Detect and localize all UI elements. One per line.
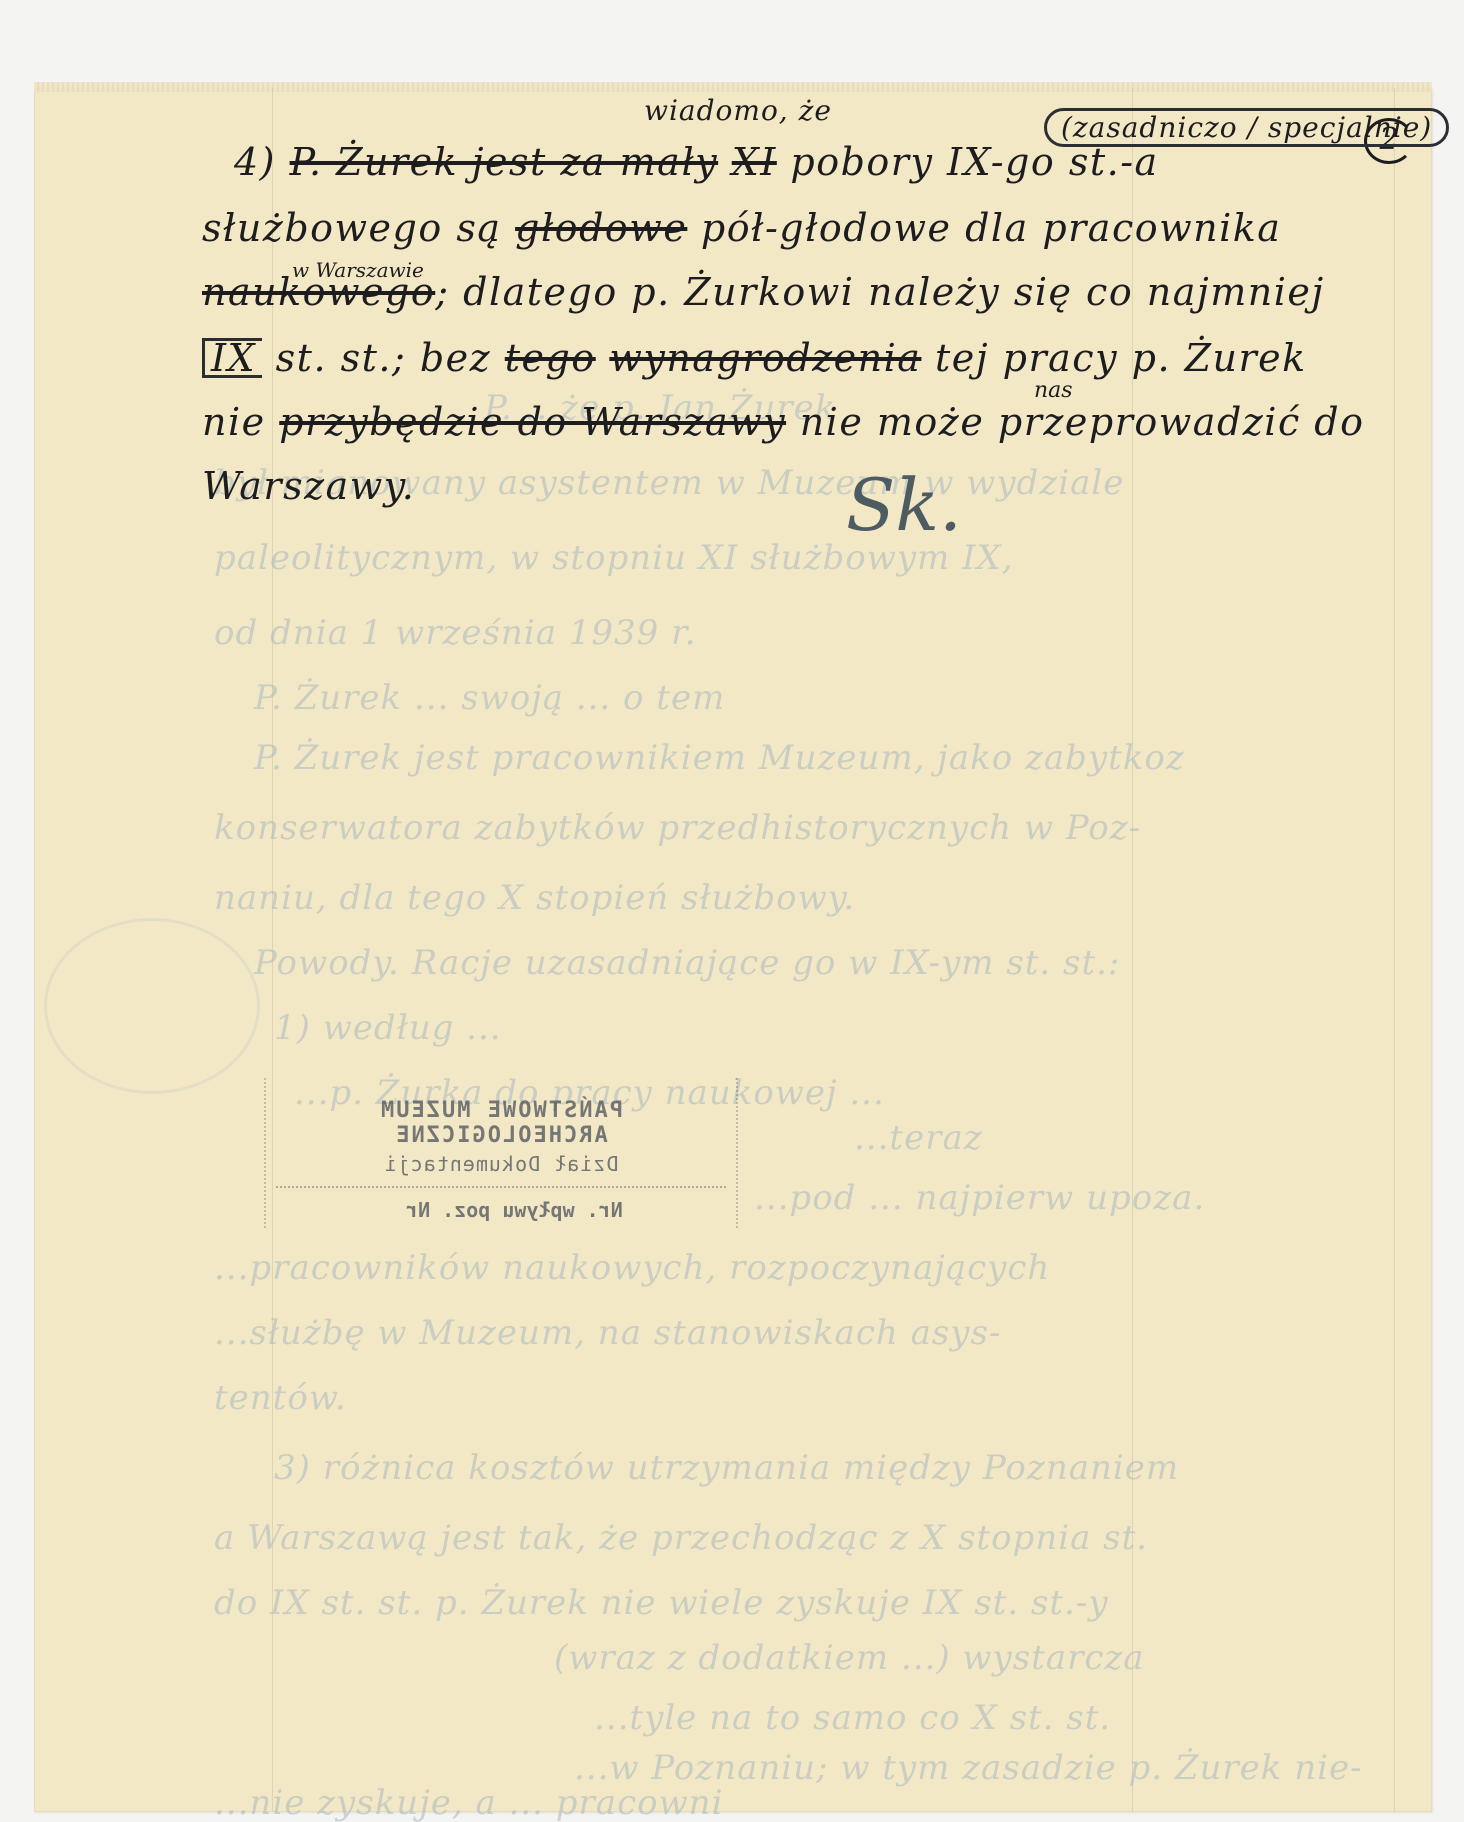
stamp-institution: PAŃSTWOWE MUZEUM ARCHEOLOGICZNE <box>266 1098 736 1148</box>
bleed-line: ...nie zyskuje, a ... pracowni <box>214 1783 723 1822</box>
paper-torn-edge <box>34 82 1432 92</box>
struck-text: naukowego <box>202 270 435 314</box>
struck-text: głodowe <box>515 206 687 250</box>
bleed-line: ...pod ... najpierw upoza. <box>754 1178 1205 1218</box>
signature: Sk. <box>846 463 962 547</box>
bleed-line: (wraz z dodatkiem ...) wystarcza <box>554 1638 1145 1678</box>
bleed-line: P. Żurek ... swoją ... o tem <box>254 678 725 718</box>
fold-line <box>1394 88 1395 1812</box>
boxed-grade: IX <box>202 338 262 378</box>
bleed-line: do IX st. st. p. Żurek nie wiele zyskuje… <box>214 1583 1109 1623</box>
stamp-divider <box>276 1186 726 1188</box>
struck-text: przybędzie do Warszawy <box>279 400 786 444</box>
text-line-2: służbowego są głodowe pół-głodowe dla pr… <box>202 206 1281 250</box>
stamp-entry-number: Nr. wpływu poz. Nr <box>266 1198 736 1222</box>
bleed-line: konserwatora zabytków przedhistorycznych… <box>214 808 1141 848</box>
bleed-line: tentów. <box>214 1378 347 1418</box>
line-text: nie <box>202 400 266 444</box>
bleed-line: 1) według ... <box>274 1008 502 1048</box>
line-text: pobory IX-go st.-a <box>790 140 1158 184</box>
bleed-line: ...służbę w Muzeum, na stanowiskach asys… <box>214 1313 1001 1353</box>
line-text: nie może przeprowadzić do <box>800 400 1365 444</box>
bleed-line: P. Żurek jest pracownikiem Muzeum, jako … <box>254 738 1185 778</box>
struck-text: tego <box>505 336 596 380</box>
line-text: st. st.; bez <box>276 336 492 380</box>
bleed-line: a Warszawą jest tak, że przechodząc z X … <box>214 1518 1148 1558</box>
stamp-department: Dział Dokumentacji <box>266 1152 736 1176</box>
bleed-line: ...tyle na to samo co X st. st. <box>594 1698 1111 1738</box>
struck-text: wynagrodzenia <box>609 336 921 380</box>
line-text: pół-głodowe dla pracownika <box>701 206 1282 250</box>
bleed-line: ...w Poznaniu; w tym zasadzie p. Żurek n… <box>574 1748 1363 1788</box>
document-page: P. ...że p. Jan Żurek był mianowany asys… <box>34 88 1432 1812</box>
text-line-3: naukowego; dlatego p. Żurkowi należy się… <box>202 270 1325 314</box>
line-text: tej pracy p. Żurek <box>935 336 1307 380</box>
text-line-6: Warszawy. <box>202 464 415 508</box>
archive-stamp: PAŃSTWOWE MUZEUM ARCHEOLOGICZNE Dział Do… <box>264 1078 738 1228</box>
line-text: ; dlatego p. Żurkowi należy się co najmn… <box>435 270 1324 314</box>
line-text: służbowego są <box>202 206 501 250</box>
struck-text: XI <box>732 140 777 184</box>
bleed-oval-mark <box>44 918 260 1094</box>
struck-text: P. Żurek jest za mały <box>290 140 719 184</box>
bleed-line: 3) różnica kosztów utrzymania między Poz… <box>274 1448 1179 1488</box>
insertion-note: wiadomo, że <box>644 94 832 127</box>
text-line-4: IX st. st.; bez tego wynagrodzenia tej p… <box>202 336 1307 380</box>
text-line-1: 4) P. Żurek jest za mały XI pobory IX-go… <box>234 140 1159 184</box>
bleed-line: Powody. Racje uzasadniające go w IX-ym s… <box>254 943 1120 983</box>
bleed-line: od dnia 1 września 1939 r. <box>214 613 696 653</box>
item-number: 4) <box>234 140 276 184</box>
text-line-5: nie przybędzie do Warszawy nie może prze… <box>202 400 1365 444</box>
bleed-line: ...teraz <box>854 1118 983 1158</box>
bleed-line: ...pracowników naukowych, rozpoczynający… <box>214 1248 1050 1288</box>
bleed-line: naniu, dla tego X stopień służbowy. <box>214 878 855 918</box>
